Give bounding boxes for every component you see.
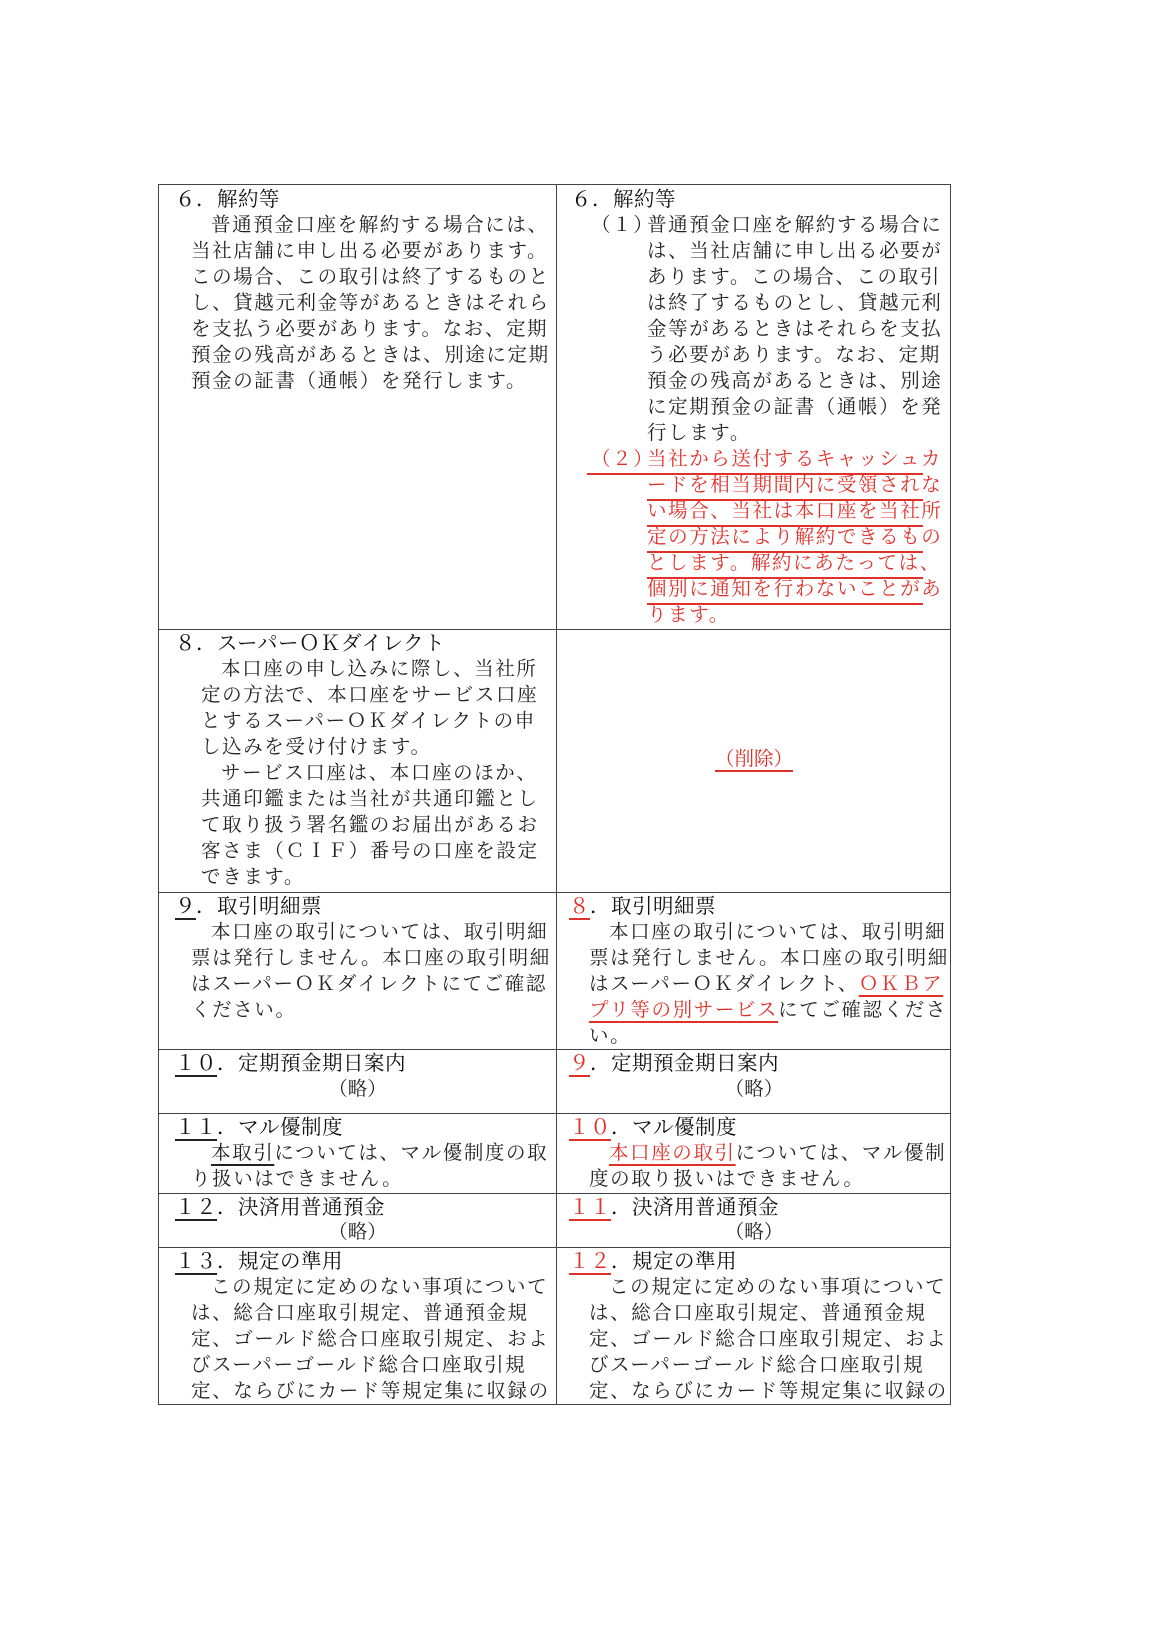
added-line: 定の方法により解約できるもの xyxy=(647,524,942,550)
body-line: 共通印鑑または当社が共通印鑑とし xyxy=(201,786,539,812)
section-heading: ６．解約等 xyxy=(571,186,676,212)
body-line: とするスーパーＯＫダイレクトの申 xyxy=(201,708,536,734)
body-line: 客さま（ＣＩＦ）番号の口座を設定 xyxy=(201,838,539,864)
body-line: びスーパーゴールド総合口座取引規 xyxy=(589,1352,924,1378)
old-section-6: ６．解約等 普通預金口座を解約する場合には、 当社店舗に申し出る必要があります。… xyxy=(159,185,556,629)
omitted-label: （略） xyxy=(557,1076,951,1102)
section-heading: ９．取引明細票 xyxy=(175,893,322,919)
body-line: 普通預金口座を解約する場合に xyxy=(647,212,942,238)
section-heading: １１．決済用普通預金 xyxy=(569,1194,779,1220)
body-line: はスーパーＯＫダイレクト、ＯＫＢア xyxy=(589,971,943,997)
body-line: 定、ならびにカード等規定集に収録の xyxy=(191,1378,550,1404)
old-section-9: ９．取引明細票 本口座の取引については、取引明細 票は発行しません。本口座の取引… xyxy=(159,893,556,1049)
body-line: できます。 xyxy=(201,864,305,890)
added-line: とします。解約にあたっては、 xyxy=(647,550,941,576)
new-section-12: １２．規定の準用 この規定に定めのない事項について は、総合口座取引規定、普通預… xyxy=(557,1248,951,1405)
section-heading: ８．取引明細票 xyxy=(569,893,716,919)
body-line: い。 xyxy=(589,1023,631,1049)
added-line: ードを相当期間内に受領されな xyxy=(647,472,942,498)
body-line: びスーパーゴールド総合口座取引規 xyxy=(191,1352,526,1378)
body-line: 預金の残高があるときは、別途 xyxy=(647,368,942,394)
section-heading: １２．規定の準用 xyxy=(569,1248,737,1274)
body-line: 普通預金口座を解約する場合には、 xyxy=(211,212,549,238)
old-section-8: ８．スーパーＯＫダイレクト 本口座の申し込みに際し、当社所 定の方法で、本口座を… xyxy=(159,630,556,892)
body-line: 当社店舗に申し出る必要があります。 xyxy=(191,238,548,264)
deleted-label: （削除） xyxy=(557,746,951,772)
body-line: はスーパーＯＫダイレクトにてご確認 xyxy=(191,971,547,997)
body-line: り扱いはできません。 xyxy=(191,1166,403,1192)
body-line: 本口座の取引については、マル優制 xyxy=(609,1140,946,1166)
body-line: あります。この場合、この取引 xyxy=(647,264,941,290)
body-line: 定、ならびにカード等規定集に収録の xyxy=(589,1378,948,1404)
old-section-13: １３．規定の準用 この規定に定めのない事項について は、総合口座取引規定、普通預… xyxy=(159,1248,556,1405)
body-line: し、貸越元利金等があるときはそれら xyxy=(191,290,550,316)
body-line: 票は発行しません。本口座の取引明細 xyxy=(191,945,551,971)
added-line: 個別に通知を行わないことがあ xyxy=(647,576,942,602)
body-line: 本口座の取引については、取引明細 xyxy=(609,919,946,945)
section-heading: ６．解約等 xyxy=(175,186,280,212)
body-line: プリ等の別サービスにてご確認くださ xyxy=(589,997,947,1023)
body-line: 定、ゴールド総合口座取引規定、およ xyxy=(589,1326,947,1352)
body-line: 金等があるときはそれらを支払 xyxy=(647,316,942,342)
section-heading: １０．定期預金期日案内 xyxy=(175,1050,406,1076)
body-line: し込みを受け付けます。 xyxy=(201,734,432,760)
body-line: この規定に定めのない事項について xyxy=(211,1274,548,1300)
section-heading: ９．定期預金期日案内 xyxy=(569,1050,779,1076)
section-heading: １２．決済用普通預金 xyxy=(175,1194,385,1220)
old-section-10: １０．定期預金期日案内 （略） xyxy=(159,1050,556,1113)
body-line: 度の取り扱いはできません。 xyxy=(589,1166,864,1192)
omitted-label: （略） xyxy=(159,1219,556,1245)
old-section-11: １１．マル優制度 本取引については、マル優制度の取 り扱いはできません。 xyxy=(159,1114,556,1193)
body-line: は、総合口座取引規定、普通預金規 xyxy=(191,1300,529,1326)
item-label: （１） xyxy=(591,212,654,238)
added-line: い場合、当社は本口座を当社所 xyxy=(647,498,942,524)
body-line: この場合、この取引は終了するものと xyxy=(191,264,550,290)
added-line: 当社から送付するキャッシュカ xyxy=(647,446,942,472)
section-heading: ８．スーパーＯＫダイレクト xyxy=(175,630,445,656)
body-line: 本口座の取引については、取引明細 xyxy=(211,919,548,945)
new-section-6: ６．解約等 （１） 普通預金口座を解約する場合に は、当社店舗に申し出る必要が … xyxy=(557,185,951,629)
body-line: に定期預金の証書（通帳）を発 xyxy=(647,394,942,420)
new-section-8-deleted: （削除） xyxy=(557,630,951,892)
body-line: 預金の残高があるときは、別途に定期 xyxy=(191,342,550,368)
body-line: 行します。 xyxy=(647,420,751,446)
body-line: 本口座の申し込みに際し、当社所 xyxy=(221,656,538,682)
comparison-table: ６．解約等 普通預金口座を解約する場合には、 当社店舗に申し出る必要があります。… xyxy=(158,184,951,1405)
body-line: 預金の証書（通帳）を発行します。 xyxy=(191,368,527,394)
section-heading: １３．規定の準用 xyxy=(175,1248,343,1274)
body-line: 定の方法で、本口座をサービス口座 xyxy=(201,682,538,708)
added-item-label: （２） xyxy=(591,446,654,472)
body-line: を支払う必要があります。なお、定期 xyxy=(191,316,548,342)
old-section-12: １２．決済用普通預金 （略） xyxy=(159,1194,556,1247)
body-line: は、総合口座取引規定、普通預金規 xyxy=(589,1300,927,1326)
body-line: は、当社店舗に申し出る必要が xyxy=(647,238,942,264)
body-line: う必要があります。なお、定期 xyxy=(647,342,941,368)
body-line: 定、ゴールド総合口座取引規定、およ xyxy=(191,1326,549,1352)
new-section-8: ８．取引明細票 本口座の取引については、取引明細 票は発行しません。本口座の取引… xyxy=(557,893,951,1049)
body-line: 票は発行しません。本口座の取引明細 xyxy=(589,945,949,971)
section-heading: １０．マル優制度 xyxy=(569,1114,737,1140)
body-line: 本取引については、マル優制度の取 xyxy=(211,1140,548,1166)
added-line: ります。 xyxy=(647,602,730,628)
body-line: は終了するものとし、貸越元利 xyxy=(647,290,942,316)
body-line: この規定に定めのない事項について xyxy=(609,1274,946,1300)
section-heading: １１．マル優制度 xyxy=(175,1114,343,1140)
body-line: ください。 xyxy=(191,997,297,1023)
new-section-10: １０．マル優制度 本口座の取引については、マル優制 度の取り扱いはできません。 xyxy=(557,1114,951,1193)
omitted-label: （略） xyxy=(159,1076,556,1102)
new-section-11: １１．決済用普通預金 （略） xyxy=(557,1194,951,1247)
new-section-9: ９．定期預金期日案内 （略） xyxy=(557,1050,951,1113)
omitted-label: （略） xyxy=(557,1219,951,1245)
body-line: サービス口座は、本口座のほか、 xyxy=(221,760,538,786)
body-line: て取り扱う署名鑑のお届出があるお xyxy=(201,812,539,838)
